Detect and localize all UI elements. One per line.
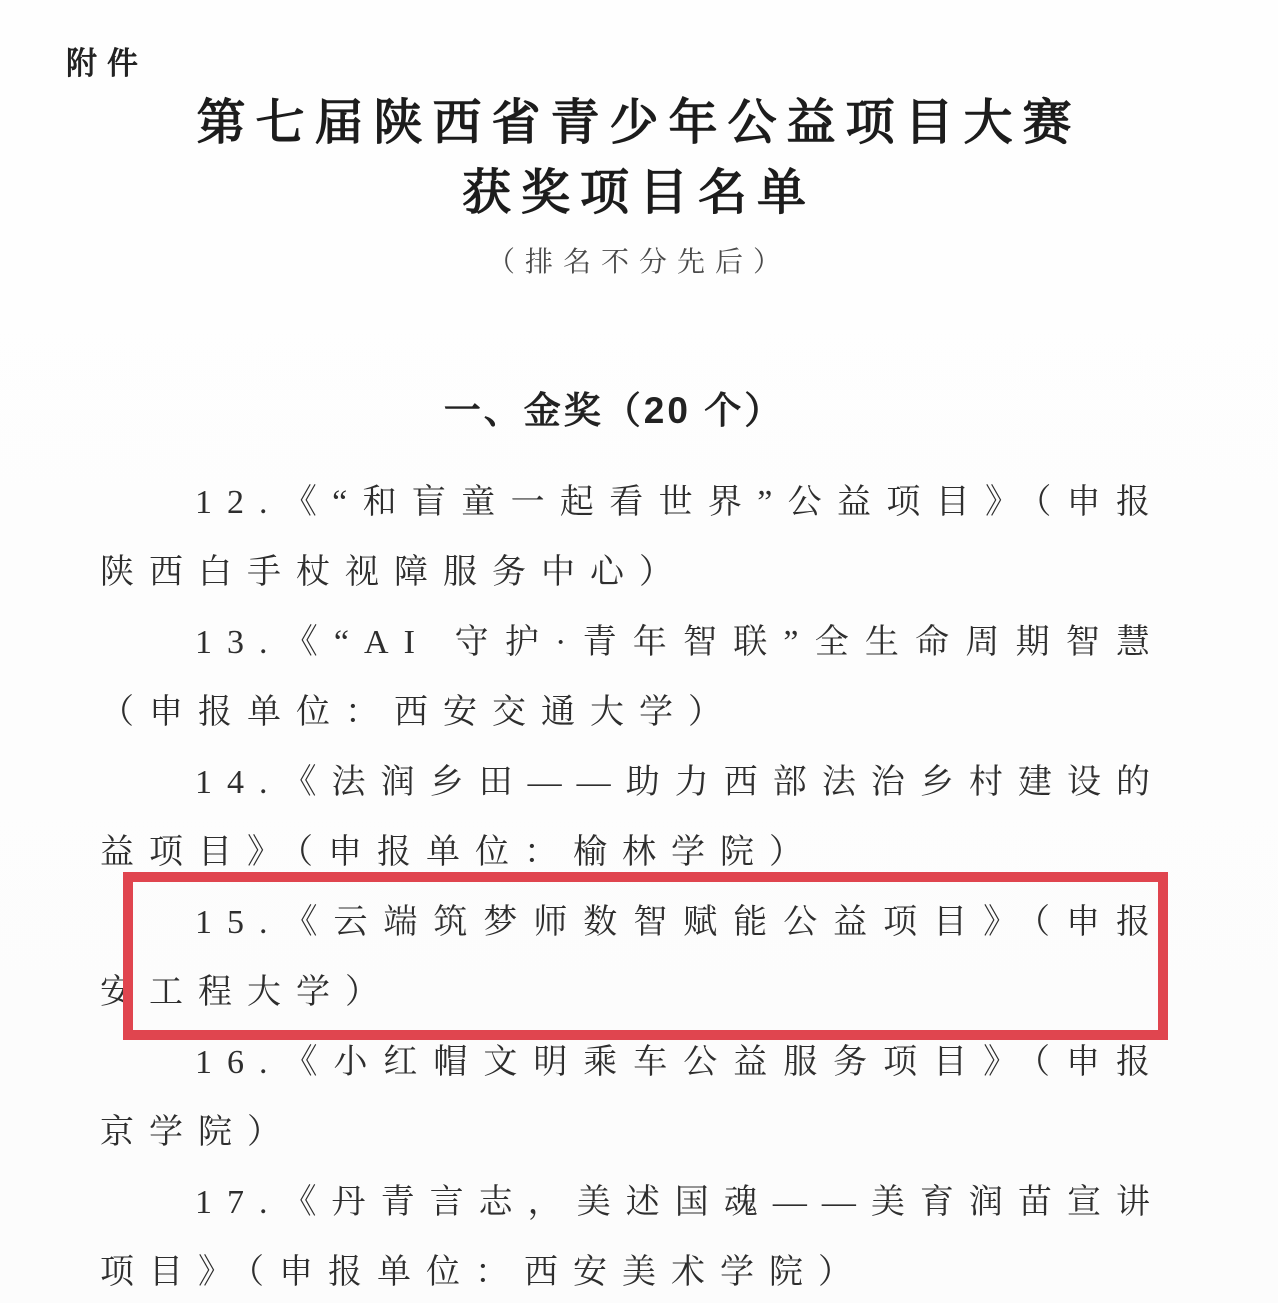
list-item-17-line-1: 17.《丹青言志，美述国魂——美育润苗宣讲公益服务 <box>100 1168 1165 1238</box>
attachment-label: 附件 <box>66 38 148 83</box>
section-heading-gold-award: 一、金奖（20 个） <box>0 380 1253 434</box>
award-list: 12.《“和盲童一起看世界”公益项目》（申报单位： 陕西白手杖视障服务中心） 1… <box>100 468 1165 1303</box>
document-title-line2: 获奖项目名单 <box>0 158 1278 228</box>
document-subtitle: （排名不分先后） <box>0 240 1278 280</box>
list-item-15-line-2: 安工程大学） <box>100 958 1165 1028</box>
document-title-line1: 第七届陕西省青少年公益项目大赛 <box>0 88 1278 158</box>
document-page: 附件 第七届陕西省青少年公益项目大赛 获奖项目名单 （排名不分先后） 一、金奖（… <box>0 0 1278 1303</box>
list-item-13-line-1: 13.《“AI 守护·青年智联”全生命周期智慧公益项目》 <box>100 608 1165 678</box>
list-item-14-line-2: 益项目》（申报单位：榆林学院） <box>100 818 1165 888</box>
list-item-16-line-2: 京学院） <box>100 1098 1165 1168</box>
list-item-13-line-2: （申报单位：西安交通大学） <box>100 678 1165 748</box>
list-item-17-line-2: 项目》（申报单位：西安美术学院） <box>100 1238 1165 1303</box>
list-item-15-line-1: 15.《云端筑梦师数智赋能公益项目》（申报单位：西 <box>100 888 1165 958</box>
list-item-14-line-1: 14.《法润乡田——助力西部法治乡村建设的先行者公 <box>100 748 1165 818</box>
list-item-12-line-2: 陕西白手杖视障服务中心） <box>100 538 1165 608</box>
list-item-16-line-1: 16.《小红帽文明乘车公益服务项目》（申报单位：西 <box>100 1028 1165 1098</box>
document-title: 第七届陕西省青少年公益项目大赛 获奖项目名单 <box>0 88 1278 228</box>
list-item-12-line-1: 12.《“和盲童一起看世界”公益项目》（申报单位： <box>100 468 1165 538</box>
